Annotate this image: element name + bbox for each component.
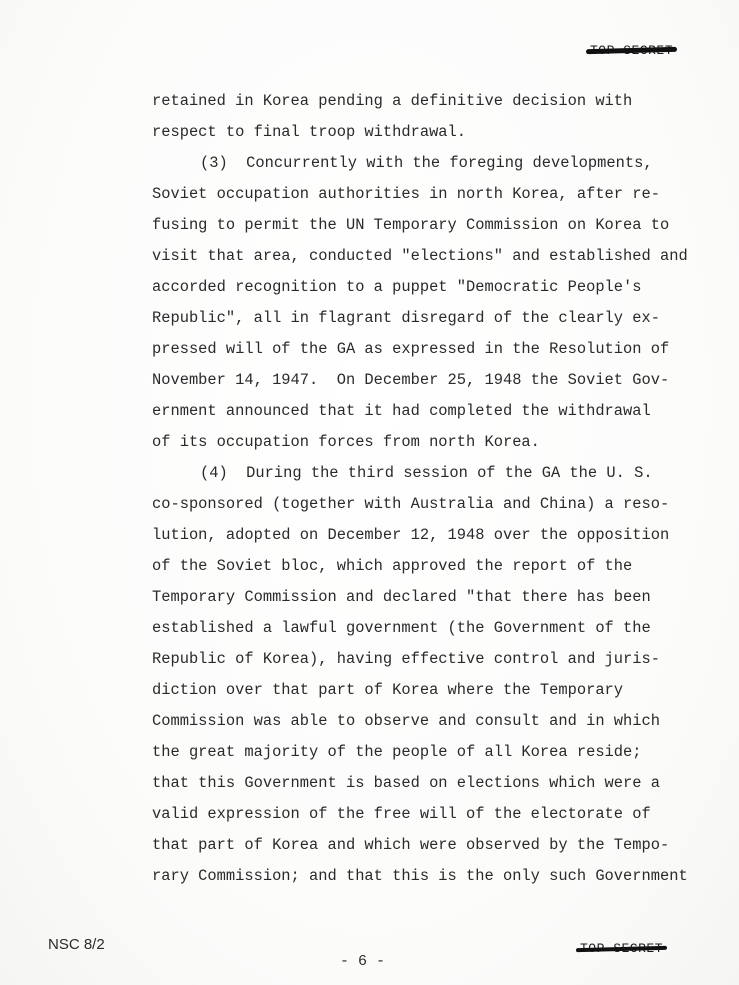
text-line: ernment announced that it had completed … — [152, 396, 722, 427]
classification-stamp-top: TOP SECRET — [590, 43, 673, 58]
document-id: NSC 8/2 — [48, 936, 105, 953]
text-line: retained in Korea pending a definitive d… — [152, 86, 722, 117]
text-line: of its occupation forces from north Kore… — [152, 427, 722, 458]
text-line: (4) During the third session of the GA t… — [152, 458, 722, 489]
text-line: the great majority of the people of all … — [152, 737, 722, 768]
text-line: rary Commission; and that this is the on… — [152, 861, 722, 892]
text-line: pressed will of the GA as expressed in t… — [152, 334, 722, 365]
text-line: Soviet occupation authorities in north K… — [152, 179, 722, 210]
text-line: Commission was able to observe and consu… — [152, 706, 722, 737]
text-line: established a lawful government (the Gov… — [152, 613, 722, 644]
text-line: Temporary Commission and declared "that … — [152, 582, 722, 613]
text-line: co-sponsored (together with Australia an… — [152, 489, 722, 520]
text-line: respect to final troop withdrawal. — [152, 117, 722, 148]
text-line: of the Soviet bloc, which approved the r… — [152, 551, 722, 582]
text-line: Republic", all in flagrant disregard of … — [152, 303, 722, 334]
page-number: - 6 - — [340, 953, 385, 970]
text-line: Republic of Korea), having effective con… — [152, 644, 722, 675]
text-line: accorded recognition to a puppet "Democr… — [152, 272, 722, 303]
document-page: TOP SECRET retained in Korea pending a d… — [0, 0, 739, 985]
document-body: retained in Korea pending a definitive d… — [152, 86, 722, 892]
text-line: visit that area, conducted "elections" a… — [152, 241, 722, 272]
text-line: diction over that part of Korea where th… — [152, 675, 722, 706]
text-line: fusing to permit the UN Temporary Commis… — [152, 210, 722, 241]
classification-stamp-bottom: TOP SECRET — [580, 941, 663, 956]
text-line: that part of Korea and which were observ… — [152, 830, 722, 861]
text-line: (3) Concurrently with the foreging devel… — [152, 148, 722, 179]
text-line: November 14, 1947. On December 25, 1948 … — [152, 365, 722, 396]
text-line: lution, adopted on December 12, 1948 ove… — [152, 520, 722, 551]
text-line: that this Government is based on electio… — [152, 768, 722, 799]
text-line: valid expression of the free will of the… — [152, 799, 722, 830]
